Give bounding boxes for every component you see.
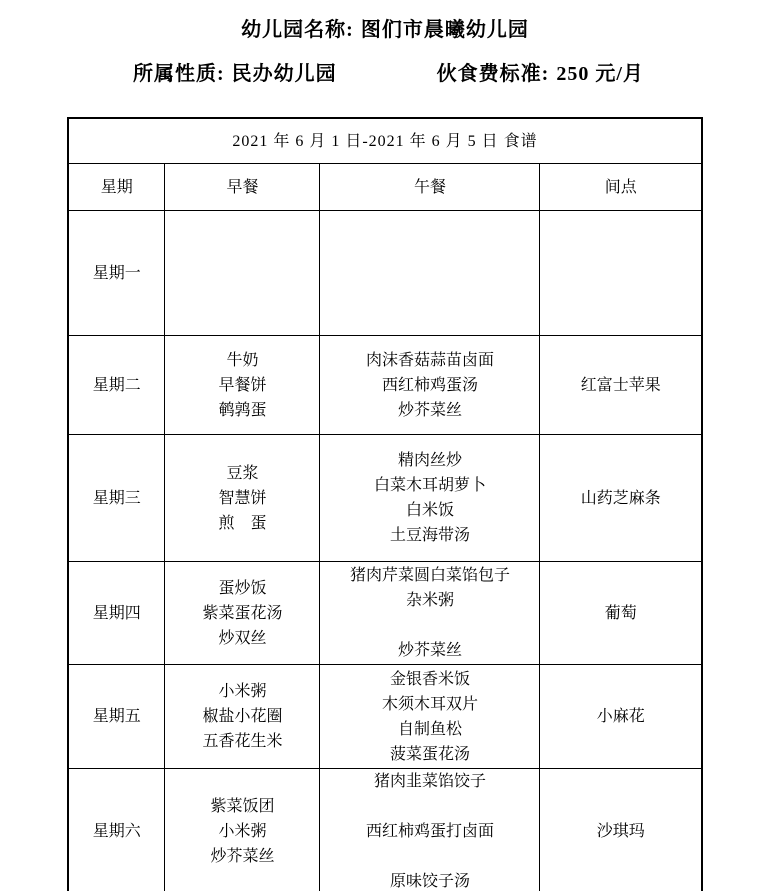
nature-value: 民办幼儿园 [232,63,337,85]
kindergarten-name-value: 图们市晨曦幼儿园 [361,19,529,41]
lunch-cell: 精肉丝炒 白菜木耳胡萝卜 白米饭 土豆海带汤 [320,435,540,562]
breakfast-cell: 小米粥 椒盐小花圈 五香花生米 [165,665,320,769]
table-title-row: 2021 年 6 月 1 日-2021 年 6 月 5 日 食谱 [68,118,702,164]
lunch-cell: 肉沫香菇蒜苗卤面 西红柿鸡蛋汤 炒芥菜丝 [320,336,540,435]
snack-cell: 红富士苹果 [540,336,702,435]
table-row-wednesday: 星期三 豆浆 智慧饼 煎 蛋 精肉丝炒 白菜木耳胡萝卜 白米饭 土豆海带汤 山药… [68,435,702,562]
snack-cell: 沙琪玛 [540,769,702,891]
day-cell: 星期五 [68,665,165,769]
breakfast-cell: 牛奶 早餐饼 鹌鹑蛋 [165,336,320,435]
day-cell: 星期一 [68,211,165,336]
lunch-cell: 猪肉芹菜圆白菜馅包子 杂米粥 炒芥菜丝 [320,562,540,665]
lunch-cell: 金银香米饭 木须木耳双片 自制鱼松 菠菜蛋花汤 [320,665,540,769]
kindergarten-name-label: 幼儿园名称: [241,19,354,41]
table-row-monday: 星期一 [68,211,702,336]
breakfast-cell: 蛋炒饭 紫菜蛋花汤 炒双丝 [165,562,320,665]
snack-cell: 小麻花 [540,665,702,769]
column-header-snack: 间点 [540,164,702,211]
table-header-row: 星期 早餐 午餐 间点 [68,164,702,211]
table-row-saturday: 星期六 紫菜饭团 小米粥 炒芥菜丝 猪肉韭菜馅饺子 西红柿鸡蛋打卤面 原味饺子汤… [68,769,702,891]
fee-value: 250 元/月 [556,63,644,85]
kindergarten-meta-line: 所属性质:民办幼儿园 伙食费标准:250 元/月 [0,57,770,86]
snack-cell [540,211,702,336]
day-cell: 星期四 [68,562,165,665]
snack-cell: 葡萄 [540,562,702,665]
lunch-cell: 猪肉韭菜馅饺子 西红柿鸡蛋打卤面 原味饺子汤 [320,769,540,891]
weekly-menu-table: 2021 年 6 月 1 日-2021 年 6 月 5 日 食谱 星期 早餐 午… [67,117,703,891]
nature-field: 所属性质:民办幼儿园 [133,57,337,86]
breakfast-cell [165,211,320,336]
day-cell: 星期六 [68,769,165,891]
table-row-friday: 星期五 小米粥 椒盐小花圈 五香花生米 金银香米饭 木须木耳双片 自制鱼松 菠菜… [68,665,702,769]
kindergarten-name-line: 幼儿园名称:图们市晨曦幼儿园 [0,0,770,42]
table-title: 2021 年 6 月 1 日-2021 年 6 月 5 日 食谱 [68,118,702,164]
fee-field: 伙食费标准:250 元/月 [437,57,644,86]
menu-document: 幼儿园名称:图们市晨曦幼儿园 所属性质:民办幼儿园 伙食费标准:250 元/月 … [0,0,770,891]
day-cell: 星期二 [68,336,165,435]
breakfast-cell: 豆浆 智慧饼 煎 蛋 [165,435,320,562]
lunch-cell [320,211,540,336]
day-cell: 星期三 [68,435,165,562]
nature-label: 所属性质: [133,63,225,85]
snack-cell: 山药芝麻条 [540,435,702,562]
table-row-thursday: 星期四 蛋炒饭 紫菜蛋花汤 炒双丝 猪肉芹菜圆白菜馅包子 杂米粥 炒芥菜丝 葡萄 [68,562,702,665]
fee-label: 伙食费标准: [437,63,550,85]
table-row-tuesday: 星期二 牛奶 早餐饼 鹌鹑蛋 肉沫香菇蒜苗卤面 西红柿鸡蛋汤 炒芥菜丝 红富士苹… [68,336,702,435]
column-header-day: 星期 [68,164,165,211]
column-header-lunch: 午餐 [320,164,540,211]
breakfast-cell: 紫菜饭团 小米粥 炒芥菜丝 [165,769,320,891]
column-header-breakfast: 早餐 [165,164,320,211]
